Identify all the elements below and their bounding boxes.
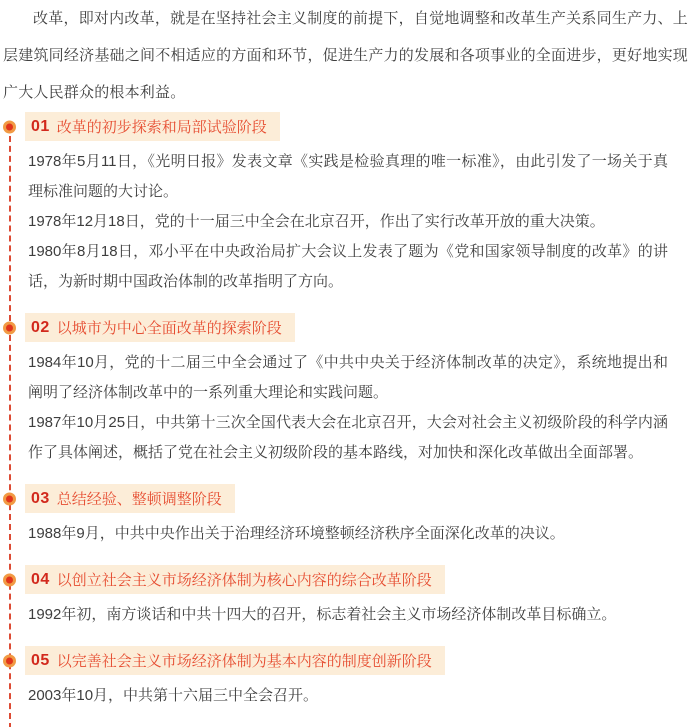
- stage-header: 04 以创立社会主义市场经济体制为核心内容的综合改革阶段: [25, 565, 445, 594]
- timeline-stage: 04 以创立社会主义市场经济体制为核心内容的综合改革阶段 1992年初，南方谈话…: [25, 565, 688, 630]
- reform-timeline: 01 改革的初步探索和局部试验阶段 1978年5月11日，《光明日报》发表文章《…: [3, 112, 688, 727]
- stage-header: 05 以完善社会主义市场经济体制为基本内容的制度创新阶段: [25, 646, 445, 675]
- timeline-dot-icon: [3, 573, 16, 586]
- timeline-stage: 03 总结经验、整顿调整阶段 1988年9月，中共中央作出关于治理经济环境整顿经…: [25, 484, 688, 549]
- timeline-dot-icon: [3, 492, 16, 505]
- event-paragraph: 1984年10月，党的十二届三中全会通过了《中共中央关于经济体制改革的决定》，系…: [28, 348, 688, 408]
- timeline-stage: 02 以城市为中心全面改革的探索阶段 1984年10月，党的十二届三中全会通过了…: [25, 313, 688, 468]
- stage-number: 03: [31, 490, 50, 508]
- stage-title: 以创立社会主义市场经济体制为核心内容的综合改革阶段: [57, 569, 432, 590]
- stage-number: 01: [31, 118, 50, 136]
- timeline-stages: 01 改革的初步探索和局部试验阶段 1978年5月11日，《光明日报》发表文章《…: [3, 112, 688, 711]
- timeline-stage: 01 改革的初步探索和局部试验阶段 1978年5月11日，《光明日报》发表文章《…: [25, 112, 688, 297]
- event-paragraph: 2003年10月，中共第十六届三中全会召开。: [28, 681, 688, 711]
- timeline-dashed-line: [9, 126, 11, 727]
- stage-title: 以完善社会主义市场经济体制为基本内容的制度创新阶段: [57, 650, 432, 671]
- stage-number: 04: [31, 571, 50, 589]
- event-paragraph: 1987年10月25日，中共第十三次全国代表大会在北京召开，大会对社会主义初级阶…: [28, 408, 688, 468]
- event-paragraph: 1978年5月11日，《光明日报》发表文章《实践是检验真理的唯一标准》，由此引发…: [28, 147, 688, 207]
- event-paragraph: 1992年初，南方谈话和中共十四大的召开，标志着社会主义市场经济体制改革目标确立…: [28, 600, 688, 630]
- timeline-dot-icon: [3, 321, 16, 334]
- timeline-dot-icon: [3, 120, 16, 133]
- stage-number: 05: [31, 652, 50, 670]
- timeline-dot-icon: [3, 654, 16, 667]
- event-paragraph: 1978年12月18日，党的十一届三中全会在北京召开，作出了实行改革开放的重大决…: [28, 207, 688, 237]
- stage-header: 02 以城市为中心全面改革的探索阶段: [25, 313, 295, 342]
- stage-title: 以城市为中心全面改革的探索阶段: [57, 317, 282, 338]
- stage-number: 02: [31, 319, 50, 337]
- stage-title: 改革的初步探索和局部试验阶段: [57, 116, 267, 137]
- article-page: 改革，即对内改革，就是在坚持社会主义制度的前提下，自觉地调整和改革生产关系同生产…: [0, 0, 691, 727]
- stage-title: 总结经验、整顿调整阶段: [57, 488, 222, 509]
- stage-header: 03 总结经验、整顿调整阶段: [25, 484, 235, 513]
- timeline-stage: 05 以完善社会主义市场经济体制为基本内容的制度创新阶段 2003年10月，中共…: [25, 646, 688, 711]
- event-paragraph: 1988年9月，中共中央作出关于治理经济环境整顿经济秩序全面深化改革的决议。: [28, 519, 688, 549]
- event-paragraph: 1980年8月18日，邓小平在中央政治局扩大会议上发表了题为《党和国家领导制度的…: [28, 237, 688, 297]
- stage-header: 01 改革的初步探索和局部试验阶段: [25, 112, 280, 141]
- intro-paragraph: 改革，即对内改革，就是在坚持社会主义制度的前提下，自觉地调整和改革生产关系同生产…: [3, 0, 688, 111]
